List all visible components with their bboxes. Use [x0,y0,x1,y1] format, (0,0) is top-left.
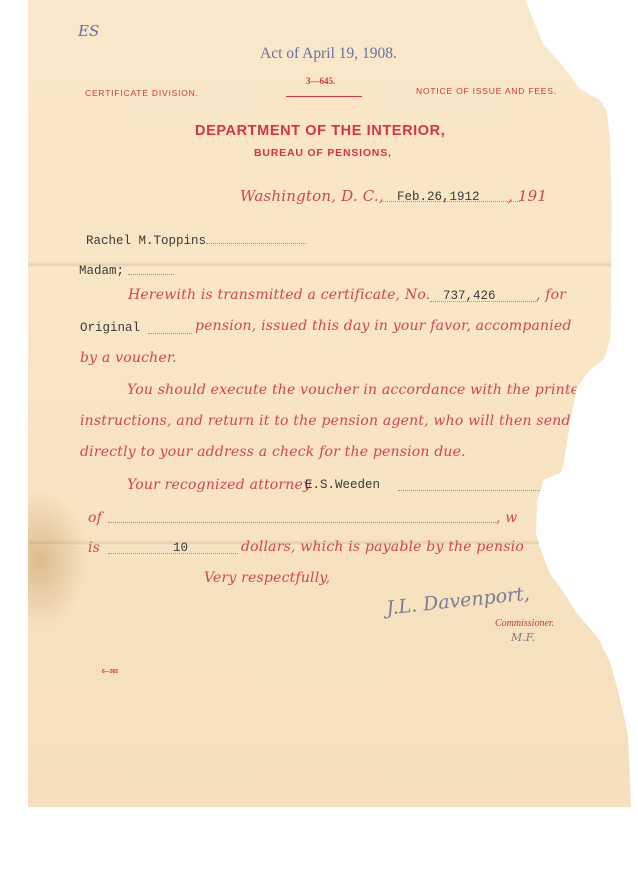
year-prefix: , 191 [508,187,547,205]
signature: J.L. Davenport, [385,583,531,620]
fee-text: dollars, which is payable by the pensio [241,539,524,555]
of-dotted-line [108,522,496,523]
date-value: Feb.26,1912 [397,190,480,204]
attorney-name: E.S.Weeden [305,478,380,492]
para1-cont: pension, issued this day in your favor, … [195,318,572,334]
act-stamp: Act of April 19, 1908. [260,45,397,63]
para2-line3: directly to your address a check for the… [80,444,466,460]
pension-certificate-notice: ES Act of April 19, 1908. 3—645. CERTIFI… [28,0,631,807]
form-code: 3—645. [306,76,335,86]
signer-title: Commissioner. [495,618,554,629]
pension-type-dotted-line [148,333,192,334]
para2-line1: You should execute the voucher in accord… [127,382,588,398]
of-label: of [88,510,102,526]
of-suffix: , w [496,510,517,526]
para1-for: , for [536,287,566,303]
department-heading: DEPARTMENT OF THE INTERIOR, [195,123,445,139]
para1-intro: Herewith is transmitted a certificate, N… [128,287,430,303]
fee-amount: 10 [173,541,188,555]
salutation-dotted-line [128,274,174,275]
water-stain [28,490,88,630]
notice-label: NOTICE OF ISSUE AND FEES. [416,86,557,96]
salutation: Madam; [79,264,124,278]
recipient-name: Rachel M.Toppins [86,234,206,248]
clerk-initials: M.F. [511,631,535,644]
division-label: CERTIFICATE DIVISION. [85,88,199,98]
place-label: Washington, D. C., [240,187,384,205]
attorney-dotted-line [398,490,548,491]
attorney-label: Your recognized attorney [127,477,311,493]
initials-mark: ES [78,22,99,40]
divider-rule [286,96,362,97]
closing: Very respectfully, [204,570,330,586]
para1-end: by a voucher. [80,350,177,366]
is-label: is [88,540,100,556]
footer-code: 6—385 [102,669,118,675]
para2-line2: instructions, and return it to the pensi… [80,413,571,429]
bureau-heading: BUREAU OF PENSIONS, [254,147,392,159]
pension-type: Original [80,321,140,335]
certificate-number: 737,426 [443,289,496,303]
recipient-dotted-line [206,243,306,244]
